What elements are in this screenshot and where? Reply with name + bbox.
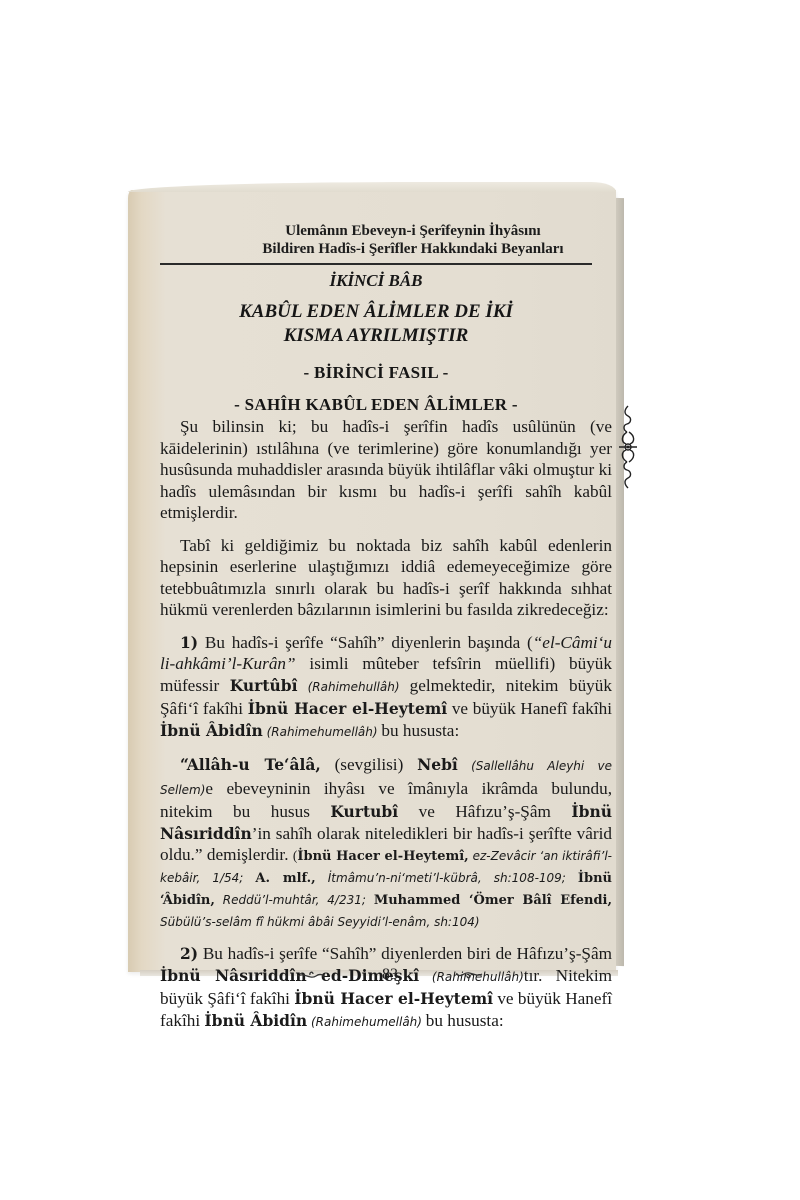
scholar-name: İbnü Hacer el-Heytemî	[294, 989, 493, 1008]
honorific: (Rahimehumellâh)	[307, 1015, 426, 1029]
paragraph-scope: Tabî ki geldiğimiz bu noktada biz sahîh …	[160, 535, 612, 621]
swirl-ornament-left-icon	[296, 968, 326, 982]
quote-name: Kurtubî	[330, 802, 398, 821]
page-number: 83	[382, 966, 398, 984]
honorific: (Rahimehumellâh)	[263, 725, 382, 739]
header-rule	[160, 263, 592, 265]
honorific: (Rahimehullâh)	[298, 680, 410, 694]
scholar-name: İbnü Âbidîn	[160, 721, 263, 740]
quotation: “Allâh-u Te‘âlâ, (sevgilisi) Nebî (Salle…	[160, 754, 612, 932]
running-header-line1: Ulemânın Ebeveyn-i Şerîfeynin İhyâsını	[208, 222, 618, 240]
chapter-title-line2: KISMA AYRILMIŞTIR	[160, 324, 592, 348]
paragraph-intro: Şu bilinsin ki; bu hadîs-i şerîfin hadîs…	[160, 416, 612, 524]
body-text: Şu bilinsin ki; bu hadîs-i şerîfin hadîs…	[160, 416, 612, 1044]
chapter-bab: İKİNCİ BÂB	[160, 268, 592, 294]
scholar-name: İbnü Hacer el-Heytemî	[248, 699, 447, 718]
item-number: 2)	[180, 944, 198, 963]
book-page-edge-right	[616, 198, 624, 966]
item-number: 1)	[180, 633, 198, 652]
chapter-title-block: İKİNCİ BÂB KABÛL EDEN ÂLİMLER DE İKİ KIS…	[160, 268, 592, 416]
running-header-line2: Bildiren Hadîs-i Şerîfler Hakkındaki Bey…	[208, 240, 618, 258]
filigree-ornament-icon	[617, 404, 639, 490]
chapter-title-line1: KABÛL EDEN ÂLİMLER DE İKİ	[160, 300, 592, 324]
swirl-ornament-right-icon	[454, 968, 484, 982]
quote-name: “Allâh-u Te‘âlâ,	[180, 755, 321, 774]
chapter-title: KABÛL EDEN ÂLİMLER DE İKİ KISMA AYRILMIŞ…	[160, 300, 592, 348]
scholar-name: İbnü Âbidîn	[204, 1011, 307, 1030]
list-item-1: 1) Bu hadîs-i şerîfe “Sahîh” diyenlerin …	[160, 632, 612, 744]
page-footer: 83	[290, 966, 490, 990]
section-subtitle: - SAHÎH KABÛL EDEN ÂLİMLER -	[160, 394, 592, 416]
section-fasil: - BİRİNCİ FASIL -	[160, 362, 592, 384]
running-header: Ulemânın Ebeveyn-i Şerîfeynin İhyâsını B…	[128, 222, 618, 258]
scholar-name: Kurtûbî	[230, 676, 298, 695]
quote-name: Nebî	[417, 755, 458, 774]
